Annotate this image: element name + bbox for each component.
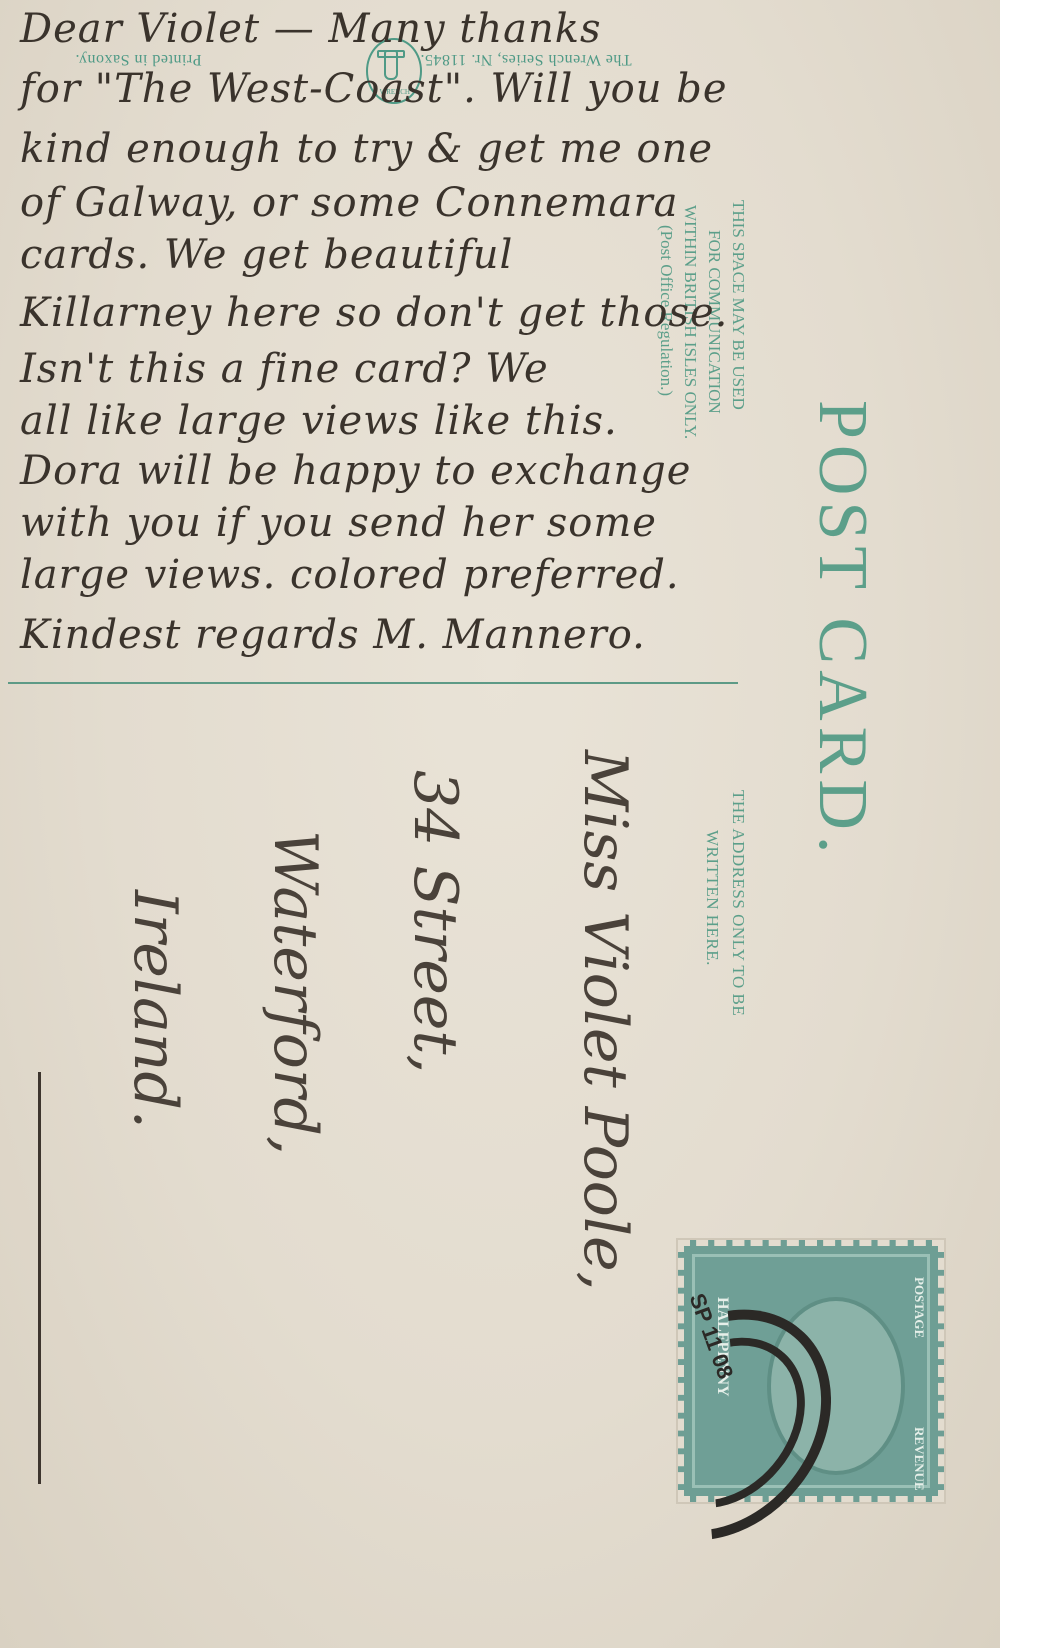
communication-note-line-1: THIS SPACE MAY BE USED [728, 200, 748, 410]
address-line-3: Waterford, [260, 830, 330, 1155]
message-line-4: of Galway, or some Connemara [20, 180, 678, 226]
address-line-2: 34 Street, [400, 770, 470, 1074]
message-line-8: all like large views like this. [20, 398, 618, 444]
message-signoff: Kindest regards M. Mannero. [20, 612, 646, 658]
message-line-2: for "The West-Coast". Will you be [20, 66, 728, 112]
message-line-6: Killarney here so don't get those. [20, 290, 728, 336]
address-line-1: Miss Violet Poole, [570, 750, 640, 1291]
stamp-revenue-label: REVENUE [911, 1427, 927, 1491]
address-line-4: Ireland. [120, 890, 190, 1129]
message-line-3: kind enough to try & get me one [20, 126, 713, 172]
background-margin [1000, 0, 1044, 1648]
postcard-title: POST CARD. [802, 400, 882, 859]
message-line-7: Isn't this a fine card? We [20, 346, 549, 392]
stamp-postage-label: POSTAGE [911, 1277, 927, 1338]
address-note-line-1: THE ADDRESS ONLY TO BE [728, 790, 748, 1016]
message-line-11: large views. colored preferred. [20, 552, 680, 598]
message-line-10: with you if you send her some [20, 500, 657, 546]
message-line-1: Dear Violet — Many thanks [20, 6, 602, 52]
message-line-9: Dora will be happy to exchange [20, 448, 691, 494]
address-underline [38, 1072, 41, 1484]
postcard-back: The Wrench Series, Nr. 11845. WRENCH Pri… [0, 0, 1000, 1648]
address-note-line-2: WRITTEN HERE. [702, 830, 722, 966]
message-address-divider [8, 682, 738, 684]
message-line-5: cards. We get beautiful [20, 232, 513, 278]
